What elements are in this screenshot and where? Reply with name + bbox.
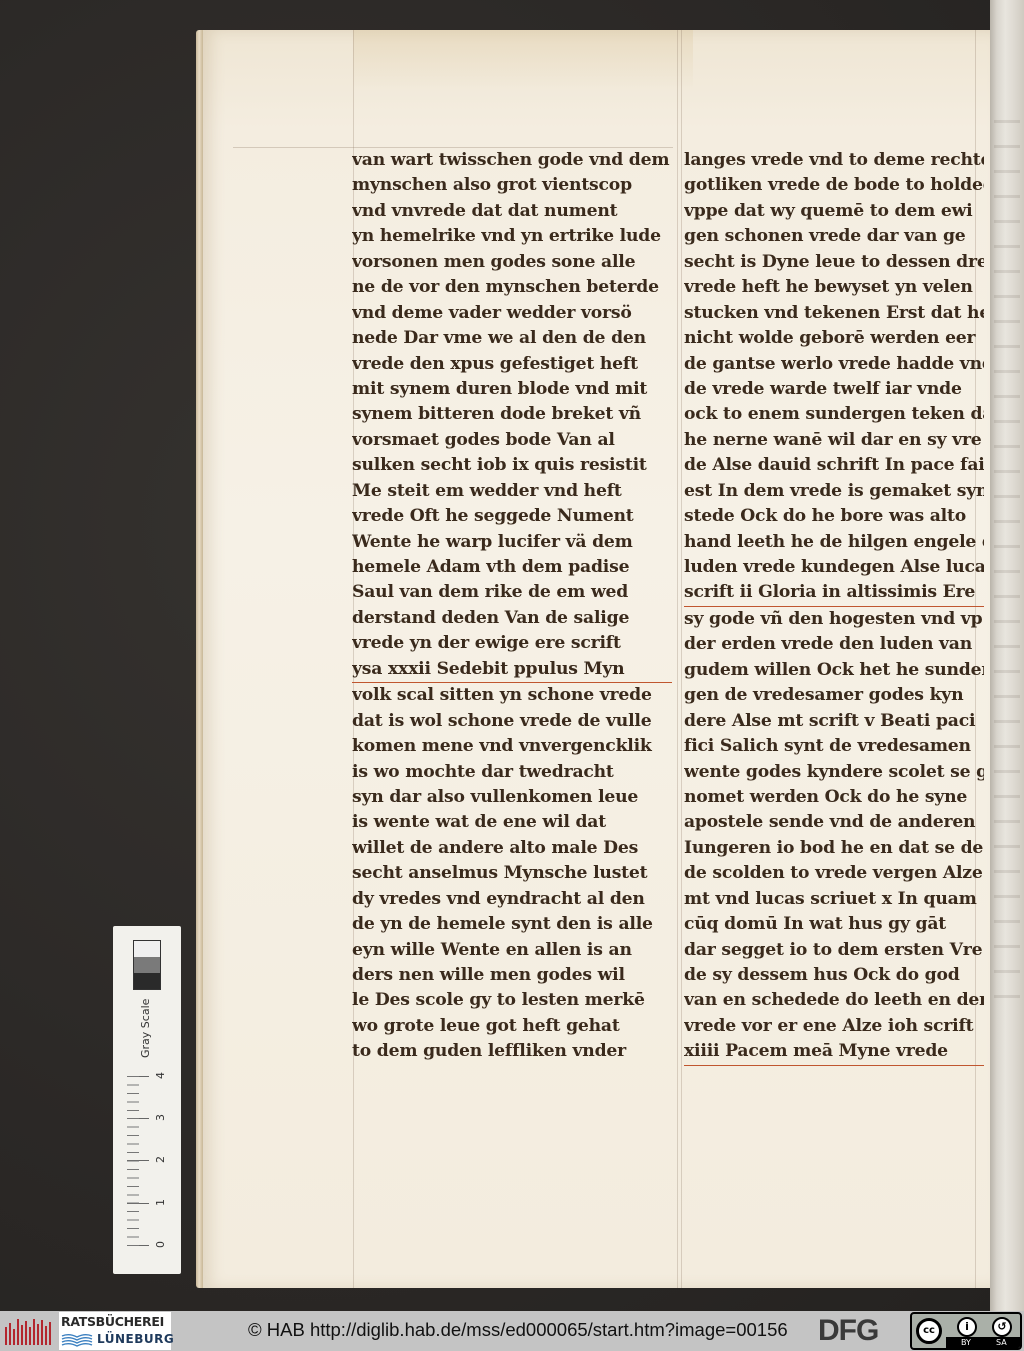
text-line: sulken secht iob ix quis resistit [352,453,672,478]
text-line: langes vrede vnd to deme rechte [684,148,984,173]
text-line: vppe dat wy quemē to dem ewi [684,199,984,224]
text-line: syn dar also vullenkomen leue [352,785,672,810]
text-line: cūq domū In wat hus gy gāt [684,912,984,937]
text-line: secht is Dyne leue to dessen dren [684,250,984,275]
text-line: gen schonen vrede dar van ge [684,224,984,249]
ruling-line [681,30,682,1288]
text-line: hand leeth he de hilgen engele de [684,530,984,555]
text-line: de Alse dauid schrift In pace fais [684,453,984,478]
text-line: de sy dessem hus Ock do god [684,963,984,988]
text-line: de yn de hemele synt den is alle [352,912,672,937]
text-line: le Des scole gy to lesten merkē [352,988,672,1013]
footer-bar: RATSBÜCHEREI LÜNEBURG © HAB http://digli… [0,1311,1024,1351]
text-line: van wart twisschen gode vnd dem [352,148,672,173]
sa-label: SA [996,1337,1007,1348]
text-line: ock to enem sundergen teken dat [684,402,984,427]
image-viewer: van wart twisschen gode vnd dem mynschen… [0,0,1024,1311]
ruler-label-0: 0 [154,1241,167,1248]
gray-scale-ruler: Gray Scale 0 1 2 3 4 [113,926,181,1274]
gray-scale-swatches [133,940,161,990]
text-line: mynschen also grot vientscop [352,173,672,198]
cc-icon: cc [916,1318,942,1344]
ruler-label-3: 3 [154,1114,167,1121]
ruler-minor-ticks [127,1076,139,1246]
text-line: dy vredes vnd eyndracht al den [352,887,672,912]
text-line: vrede yn der ewige ere scrift [352,631,672,656]
library-city: LÜNEBURG [97,1332,174,1346]
ruler-label-4: 4 [154,1072,167,1079]
text-column-right: langes vrede vnd to deme rechte gotliken… [684,148,984,1066]
library-bars-logo-icon [4,1317,54,1347]
text-line: dat is wol schone vrede de vulle [352,709,672,734]
text-line: vrede Oft he seggede Nument [352,504,672,529]
attribution-icon: i [957,1317,977,1337]
text-line: dar segget io to dem ersten Vre [684,938,984,963]
text-line: komen mene vnd vnvergencklik [352,734,672,759]
text-line: stucken vnd tekenen Erst dat he [684,301,984,326]
text-line: eyn wille Wente en allen is an [352,938,672,963]
text-line: vrede heft he bewyset yn velen [684,275,984,300]
text-line: gotliken vrede de bode to holdede [684,173,984,198]
text-line: der erden vrede den luden van [684,632,984,657]
text-line: Me steit em wedder vnd heft [352,479,672,504]
credit-url-link[interactable]: © HAB http://diglib.hab.de/mss/ed000065/… [248,1319,788,1341]
text-line: vrede den xpus gefestiget heft [352,352,672,377]
text-line: synem bitteren dode breket vñ [352,402,672,427]
license-strip [946,1337,1020,1348]
water-stain [353,30,693,90]
text-line: wo grote leue got heft gehat [352,1014,672,1039]
text-line: hemele Adam vth dem padise [352,555,672,580]
ratsbuecherei-logo: RATSBÜCHEREI LÜNEBURG [59,1312,171,1350]
text-line: to dem guden leffliken vnder [352,1039,672,1064]
dfg-logo: DFG [818,1315,878,1347]
text-line: vorsonen men godes sone alle [352,250,672,275]
text-line: van en schedede do leeth en den [684,988,984,1013]
text-line: de vrede warde twelf iar vnde [684,377,984,402]
swatch-dark [134,973,160,989]
text-line: volk scal sitten yn schone vrede [352,683,672,708]
text-line: de gantse werlo vrede hadde vnd [684,352,984,377]
text-line: yn hemelrike vnd yn ertrike lude [352,224,672,249]
share-alike-icon: ↺ [992,1317,1012,1337]
text-line: ders nen wille men godes wil [352,963,672,988]
text-line: Iungeren io bod he en dat se de lu [684,836,984,861]
text-line: sy gode vñ den hogesten vnd vp [684,607,984,632]
text-line: luden vrede kundegen Alse lucas [684,555,984,580]
text-line: willet de andere alto male Des [352,836,672,861]
text-line: fici Salich synt de vredesamen [684,734,984,759]
swatch-light [134,941,160,957]
text-line: apostele sende vnd de anderen [684,810,984,835]
text-line: nomet werden Ock do he syne [684,785,984,810]
text-line-rubricated: scrift ii Gloria in altissimis Ere [684,580,984,606]
text-line: vnd deme vader wedder vorsö [352,301,672,326]
gray-scale-label: Gray Scale [139,999,152,1058]
facing-page-showthrough [994,120,1020,1020]
open-book-icon [61,1333,93,1348]
text-line: nede Dar vme we al den de den [352,326,672,351]
ruler-label-1: 1 [154,1199,167,1206]
text-line: derstand deden Van de salige [352,606,672,631]
text-line: de scolden to vrede vergen Alze [684,861,984,886]
text-line: is wo mochte dar twedracht [352,760,672,785]
ruling-line [677,30,678,1288]
text-column-left: van wart twisschen gode vnd dem mynschen… [352,148,672,1065]
text-line: dere Alse mt scrift v Beati paci [684,709,984,734]
text-line: mit synem duren blode vnd mit [352,377,672,402]
text-line: Wente he warp lucifer vä dem [352,530,672,555]
text-line: gudem willen Ock het he sunder [684,658,984,683]
by-label: BY [961,1337,971,1348]
text-line: Saul van dem rike de em wed [352,580,672,605]
text-line: ne de vor den mynschen beterde [352,275,672,300]
text-line: wente godes kyndere scolet se ge [684,760,984,785]
text-line: nicht wolde geborē werden eer [684,326,984,351]
text-line: gen de vredesamer godes kyn [684,683,984,708]
text-line-rubricated: ysa xxxii Sedebit ppulus Myn [352,657,672,683]
ruler-label-2: 2 [154,1156,167,1163]
text-line: is wente wat de ene wil dat [352,810,672,835]
text-line: secht anselmus Mynsche lustet [352,861,672,886]
text-line: vrede vor er ene Alze ioh scrift [684,1014,984,1039]
cc-by-sa-license-badge[interactable]: cc i ↺ BY SA [910,1312,1022,1350]
text-line-rubricated: xiiii Pacem meā Myne vrede [684,1039,984,1065]
text-line: est In dem vrede is gemaket syn [684,479,984,504]
text-line: he nerne wanē wil dar en sy vre [684,428,984,453]
text-line: vorsmaet godes bode Van al [352,428,672,453]
library-name: RATSBÜCHEREI [61,1314,164,1329]
text-line: vnd vnvrede dat dat nument [352,199,672,224]
text-line: stede Ock do he bore was alto [684,504,984,529]
swatch-mid [134,957,160,973]
text-line: mt vnd lucas scriuet x In quam [684,887,984,912]
